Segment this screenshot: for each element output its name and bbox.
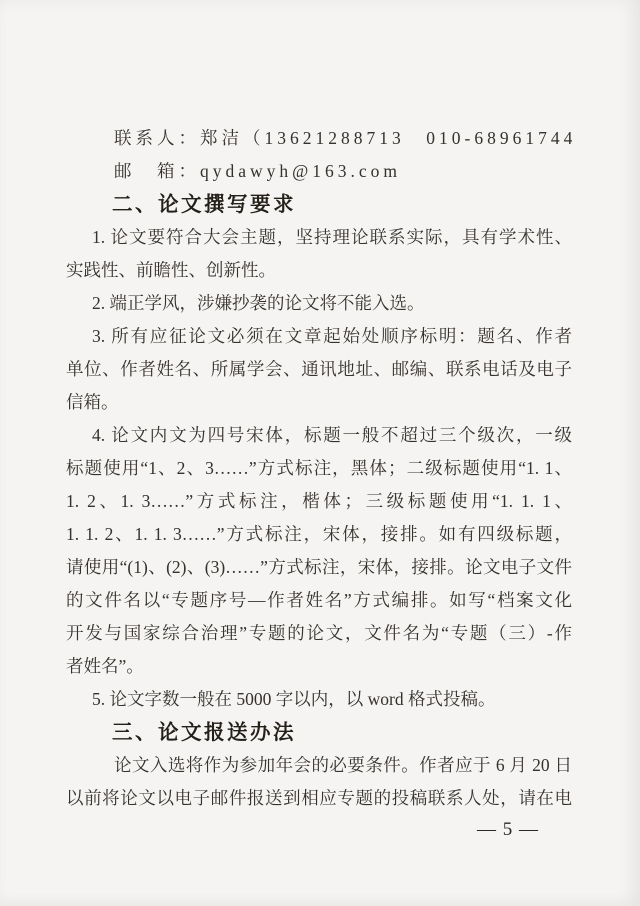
item-4-line-2: 标题使用“1、2、3……”方式标注，黑体；二级标题使用“1. 1、 xyxy=(66,452,572,485)
contact-email-line: 邮 箱：qydawyh@163.com xyxy=(66,155,572,188)
contact-person-line: 联系人：郑洁（13621288713 010-68961744） xyxy=(66,122,572,155)
item-4-line-8: 者姓名”。 xyxy=(66,650,572,683)
item-4-line-3: 1. 2、1. 3……”方式标注，楷体；三级标题使用“1. 1. 1、 xyxy=(66,485,572,518)
scanned-document-page: 联系人：郑洁（13621288713 010-68961744） 邮 箱：qyd… xyxy=(0,0,640,906)
item-5-line-1: 5. 论文字数一般在 5000 字以内，以 word 格式投稿。 xyxy=(66,683,572,716)
item-4-line-1: 4. 论文内文为四号宋体，标题一般不超过三个级次，一级 xyxy=(66,419,572,452)
item-4-line-4: 1. 1. 2、1. 1. 3……”方式标注，宋体，接排。如有四级标题， xyxy=(66,518,572,551)
section-3-heading: 三、论文报送办法 xyxy=(66,716,572,749)
section-3-para-line-1: 论文入选将作为参加年会的必要条件。作者应于 6 月 20 日 xyxy=(66,749,572,782)
item-3-line-1: 3. 所有应征论文必须在文章起始处顺序标明：题名、作者 xyxy=(66,320,572,353)
item-3-line-3: 信箱。 xyxy=(66,386,572,419)
item-4-line-6: 的文件名以“专题序号—作者姓名”方式编排。如写“档案文化 xyxy=(66,584,572,617)
section-3-para-line-2: 以前将论文以电子邮件报送到相应专题的投稿联系人处，请在电 xyxy=(66,782,572,815)
page-number: — 5 — xyxy=(477,819,539,841)
item-4-line-7: 开发与国家综合治理”专题的论文，文件名为“专题（三）-作 xyxy=(66,617,572,650)
item-1-line-1: 1. 论文要符合大会主题，坚持理论联系实际，具有学术性、 xyxy=(66,221,572,254)
section-2-heading: 二、论文撰写要求 xyxy=(66,188,572,221)
item-3-line-2: 单位、作者姓名、所属学会、通讯地址、邮编、联系电话及电子 xyxy=(66,353,572,386)
item-1-line-2: 实践性、前瞻性、创新性。 xyxy=(66,254,572,287)
item-4-line-5: 请使用“(1)、(2)、(3)……”方式标注，宋体，接排。论文电子文件 xyxy=(66,551,572,584)
item-2-line-1: 2. 端正学风，涉嫌抄袭的论文将不能入选。 xyxy=(66,287,572,320)
document-body: 联系人：郑洁（13621288713 010-68961744） 邮 箱：qyd… xyxy=(66,122,572,815)
